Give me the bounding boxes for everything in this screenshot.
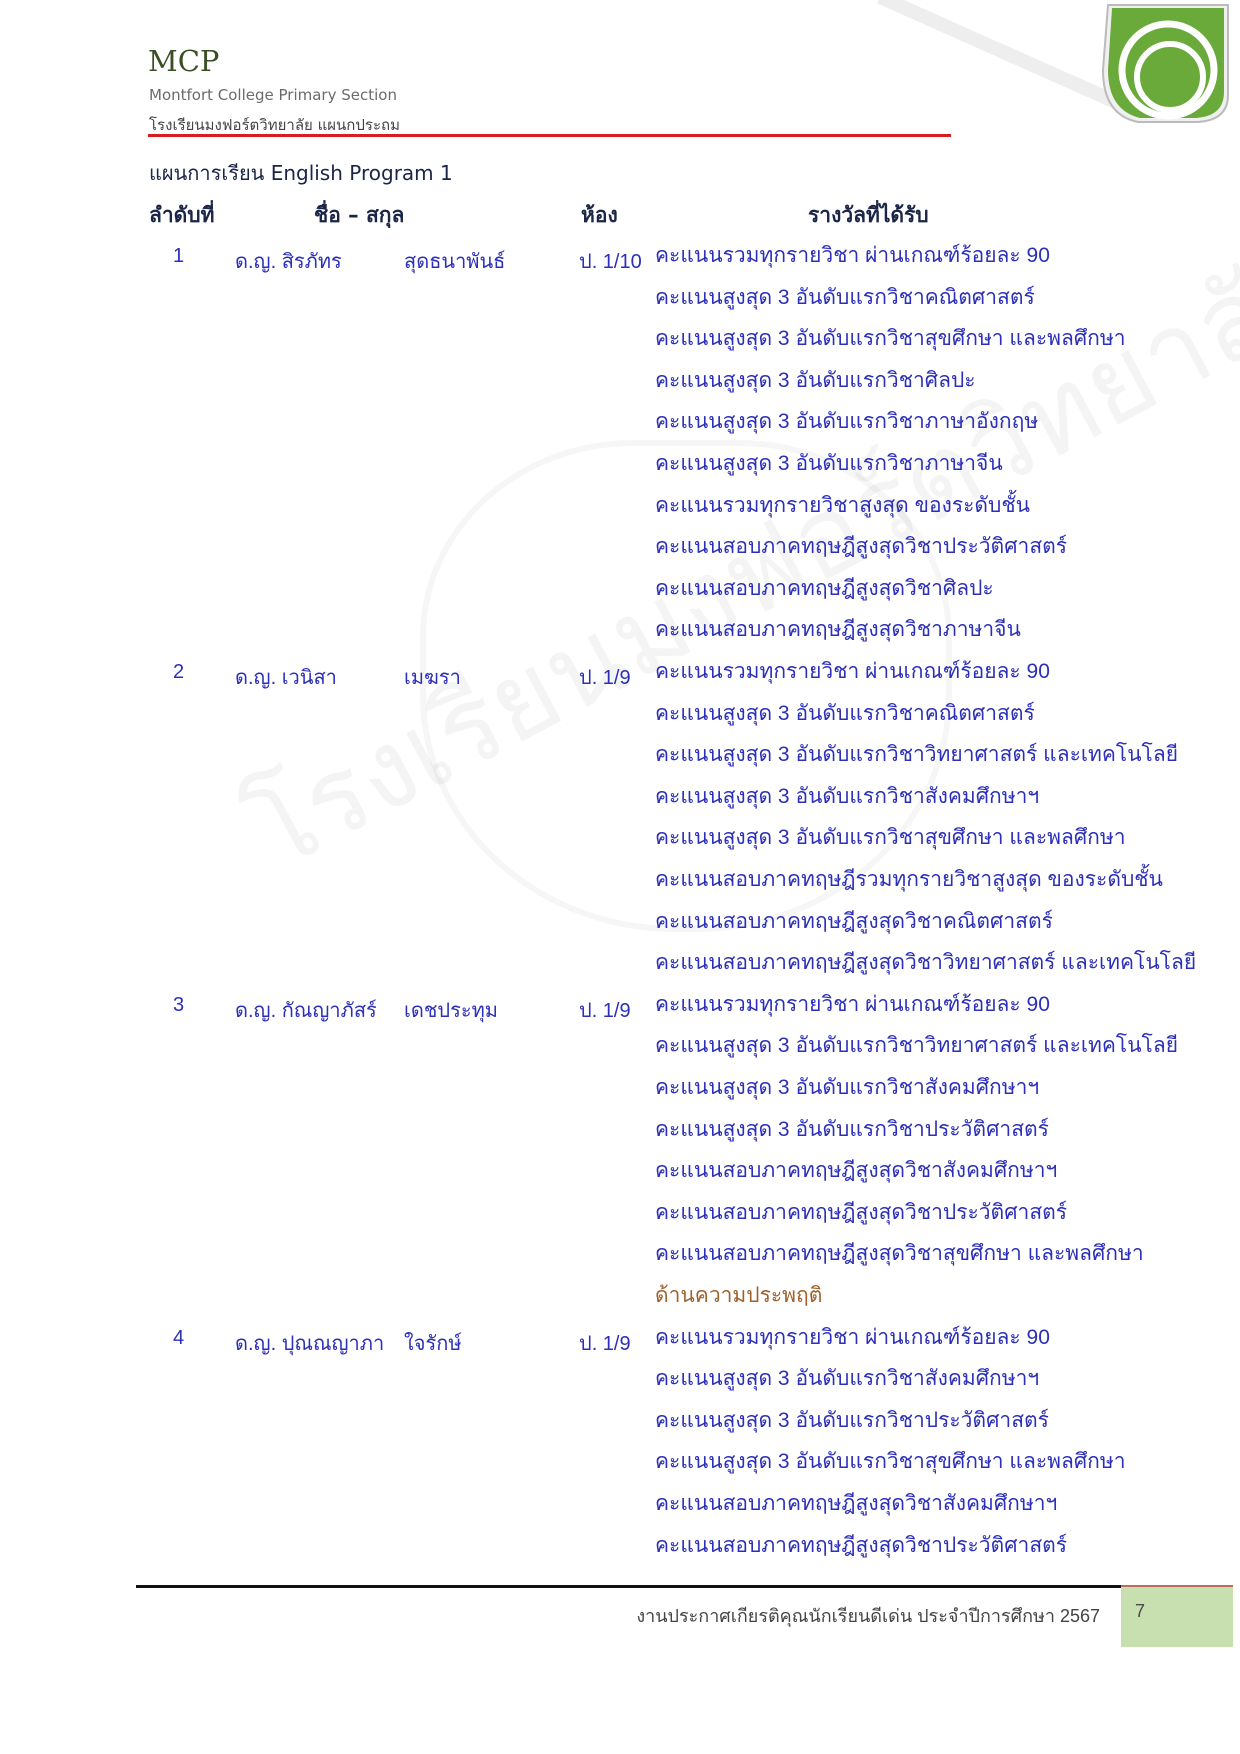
award-item: คะแนนสอบภาคทฤษฎีสูงสุดวิชาสังคมศึกษาฯ (655, 1154, 1178, 1196)
award-list: คะแนนรวมทุกรายวิชา ผ่านเกณฑ์ร้อยละ 90คะแ… (655, 239, 1126, 655)
logo-text: MCP (148, 44, 219, 78)
column-header-no: ลำดับที่ (149, 199, 214, 232)
student-number: 2 (173, 661, 184, 684)
student-last-name: เดชประทุม (404, 994, 498, 1026)
program-title: แผนการเรียน English Program 1 (149, 157, 453, 189)
student-room: ป. 1/9 (579, 994, 631, 1026)
award-item: คะแนนรวมทุกรายวิชา ผ่านเกณฑ์ร้อยละ 90 (655, 655, 1196, 697)
award-item: คะแนนสอบภาคทฤษฎีสูงสุดวิชาวิทยาศาสตร์ แล… (655, 946, 1196, 988)
award-item: คะแนนสอบภาคทฤษฎีสูงสุดวิชาสุขศึกษา และพล… (655, 1237, 1178, 1279)
page-number-box: 7 (1121, 1587, 1233, 1647)
header-divider (148, 134, 951, 137)
award-item: คะแนนสูงสุด 3 อันดับแรกวิชาสุขศึกษา และพ… (655, 1445, 1126, 1487)
column-header-room: ห้อง (581, 199, 618, 232)
award-item: คะแนนสอบภาคทฤษฎีสูงสุดวิชาประวัติศาสตร์ (655, 530, 1126, 572)
student-last-name: สุดธนาพันธ์ (404, 245, 505, 277)
column-header-name: ชื่อ – สกุล (314, 199, 404, 232)
school-logo-icon (1098, 0, 1233, 125)
award-item: คะแนนสูงสุด 3 อันดับแรกวิชาภาษาอังกฤษ (655, 405, 1126, 447)
student-room: ป. 1/9 (579, 661, 631, 693)
student-first-name: ด.ญ. เวนิสา (235, 661, 337, 693)
award-item: คะแนนสูงสุด 3 อันดับแรกวิชาวิทยาศาสตร์ แ… (655, 1029, 1178, 1071)
student-first-name: ด.ญ. ปุณณญาภา (235, 1327, 384, 1359)
student-number: 4 (173, 1327, 184, 1350)
student-first-name: ด.ญ. สิรภัทร (235, 245, 342, 277)
award-item: คะแนนสอบภาคทฤษฎีสูงสุดวิชาศิลปะ (655, 572, 1126, 614)
column-header-awards: รางวัลที่ได้รับ (808, 199, 929, 232)
student-first-name: ด.ญ. กัณญาภัสร์ (235, 994, 377, 1026)
award-item: คะแนนสูงสุด 3 อันดับแรกวิชาคณิตศาสตร์ (655, 281, 1126, 323)
student-number: 3 (173, 994, 184, 1017)
award-item: คะแนนสอบภาคทฤษฎีรวมทุกรายวิชาสูงสุด ของร… (655, 863, 1196, 905)
award-item: คะแนนสอบภาคทฤษฎีสูงสุดวิชาสังคมศึกษาฯ (655, 1487, 1126, 1529)
award-list: คะแนนรวมทุกรายวิชา ผ่านเกณฑ์ร้อยละ 90คะแ… (655, 655, 1196, 988)
award-item: คะแนนรวมทุกรายวิชา ผ่านเกณฑ์ร้อยละ 90 (655, 239, 1126, 281)
award-item: คะแนนรวมทุกรายวิชา ผ่านเกณฑ์ร้อยละ 90 (655, 1321, 1126, 1363)
award-list: คะแนนรวมทุกรายวิชา ผ่านเกณฑ์ร้อยละ 90คะแ… (655, 1321, 1126, 1571)
student-room: ป. 1/10 (579, 245, 642, 277)
award-item: คะแนนสอบภาคทฤษฎีสูงสุดวิชาคณิตศาสตร์ (655, 905, 1196, 947)
student-last-name: ใจรักษ์ (404, 1327, 462, 1359)
award-item: คะแนนสูงสุด 3 อันดับแรกวิชาคณิตศาสตร์ (655, 697, 1196, 739)
award-item: คะแนนรวมทุกรายวิชา ผ่านเกณฑ์ร้อยละ 90 (655, 988, 1178, 1030)
award-item: คะแนนสูงสุด 3 อันดับแรกวิชาศิลปะ (655, 364, 1126, 406)
student-last-name: เมฆรา (404, 661, 461, 693)
page-number: 7 (1135, 1601, 1145, 1622)
award-item: คะแนนสูงสุด 3 อันดับแรกวิชาสังคมศึกษาฯ (655, 1071, 1178, 1113)
award-item: คะแนนสูงสุด 3 อันดับแรกวิชาสุขศึกษา และพ… (655, 322, 1126, 364)
award-item: คะแนนสูงสุด 3 อันดับแรกวิชาประวัติศาสตร์ (655, 1404, 1126, 1446)
award-list: คะแนนรวมทุกรายวิชา ผ่านเกณฑ์ร้อยละ 90คะแ… (655, 988, 1178, 1321)
award-item: คะแนนสูงสุด 3 อันดับแรกวิชาสุขศึกษา และพ… (655, 821, 1196, 863)
award-item: คะแนนสูงสุด 3 อันดับแรกวิชาประวัติศาสตร์ (655, 1113, 1178, 1155)
award-item: ด้านความประพฤติ (655, 1279, 1178, 1321)
student-number: 1 (173, 245, 184, 268)
award-item: คะแนนสูงสุด 3 อันดับแรกวิชาสังคมศึกษาฯ (655, 780, 1196, 822)
award-item: คะแนนรวมทุกรายวิชาสูงสุด ของระดับชั้น (655, 489, 1126, 531)
award-item: คะแนนสอบภาคทฤษฎีสูงสุดวิชาภาษาจีน (655, 613, 1126, 655)
award-item: คะแนนสอบภาคทฤษฎีสูงสุดวิชาประวัติศาสตร์ (655, 1196, 1178, 1238)
award-item: คะแนนสอบภาคทฤษฎีสูงสุดวิชาประวัติศาสตร์ (655, 1529, 1126, 1571)
decorative-stripe (877, 0, 1120, 109)
student-room: ป. 1/9 (579, 1327, 631, 1359)
award-item: คะแนนสูงสุด 3 อันดับแรกวิชาวิทยาศาสตร์ แ… (655, 738, 1196, 780)
footer-divider (136, 1585, 1121, 1588)
award-item: คะแนนสูงสุด 3 อันดับแรกวิชาสังคมศึกษาฯ (655, 1362, 1126, 1404)
footer-text: งานประกาศเกียรติคุณนักเรียนดีเด่น ประจำป… (636, 1601, 1100, 1630)
award-item: คะแนนสูงสุด 3 อันดับแรกวิชาภาษาจีน (655, 447, 1126, 489)
school-name-en: Montfort College Primary Section (149, 86, 397, 104)
